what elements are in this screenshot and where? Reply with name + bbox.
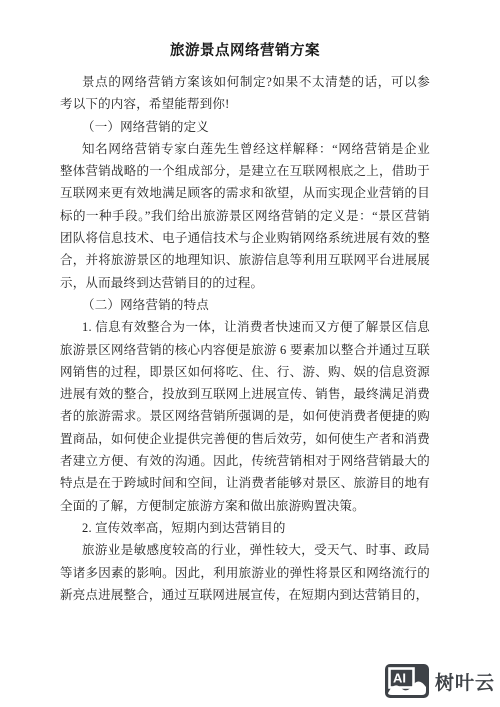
watermark: AI 树叶云	[385, 664, 495, 698]
document-body: 旅游景点网络营销方案 景点的网络营销方案该如何制定?如果不太清楚的话，可以参考以…	[0, 0, 500, 606]
heading-section-1-definition: （一）网络营销的定义	[60, 116, 430, 138]
paragraph-intro: 景点的网络营销方案该如何制定?如果不太清楚的话，可以参考以下的内容，希望能帮到你…	[60, 71, 430, 116]
ai-image-logo-icon: AI	[385, 664, 429, 698]
heading-feature-2: 2. 宣传效率高，短期内到达营销目的	[60, 517, 430, 539]
watermark-brand-text: 树叶云	[435, 668, 495, 695]
heading-section-2-features: （二）网络营销的特点	[60, 294, 430, 316]
paragraph-feature-2: 旅游业是敏感度较高的行业，弹性较大，受天气、时事、政局等诸多因素的影响。因此，利…	[60, 539, 430, 606]
document-title: 旅游景点网络营销方案	[60, 40, 430, 62]
paragraph-definition: 知名网络营销专家白莲先生曾经这样解释：“网络营销是企业整体营销战略的一个组成部分…	[60, 138, 430, 294]
paragraph-feature-1: 1. 信息有效整合为一体，让消费者快速而又方便了解景区信息旅游景区网络营销的核心…	[60, 316, 430, 517]
document-page: 旅游景点网络营销方案 景点的网络营销方案该如何制定?如果不太清楚的话，可以参考以…	[0, 0, 500, 707]
watermark-logo-text: AI	[393, 671, 406, 686]
